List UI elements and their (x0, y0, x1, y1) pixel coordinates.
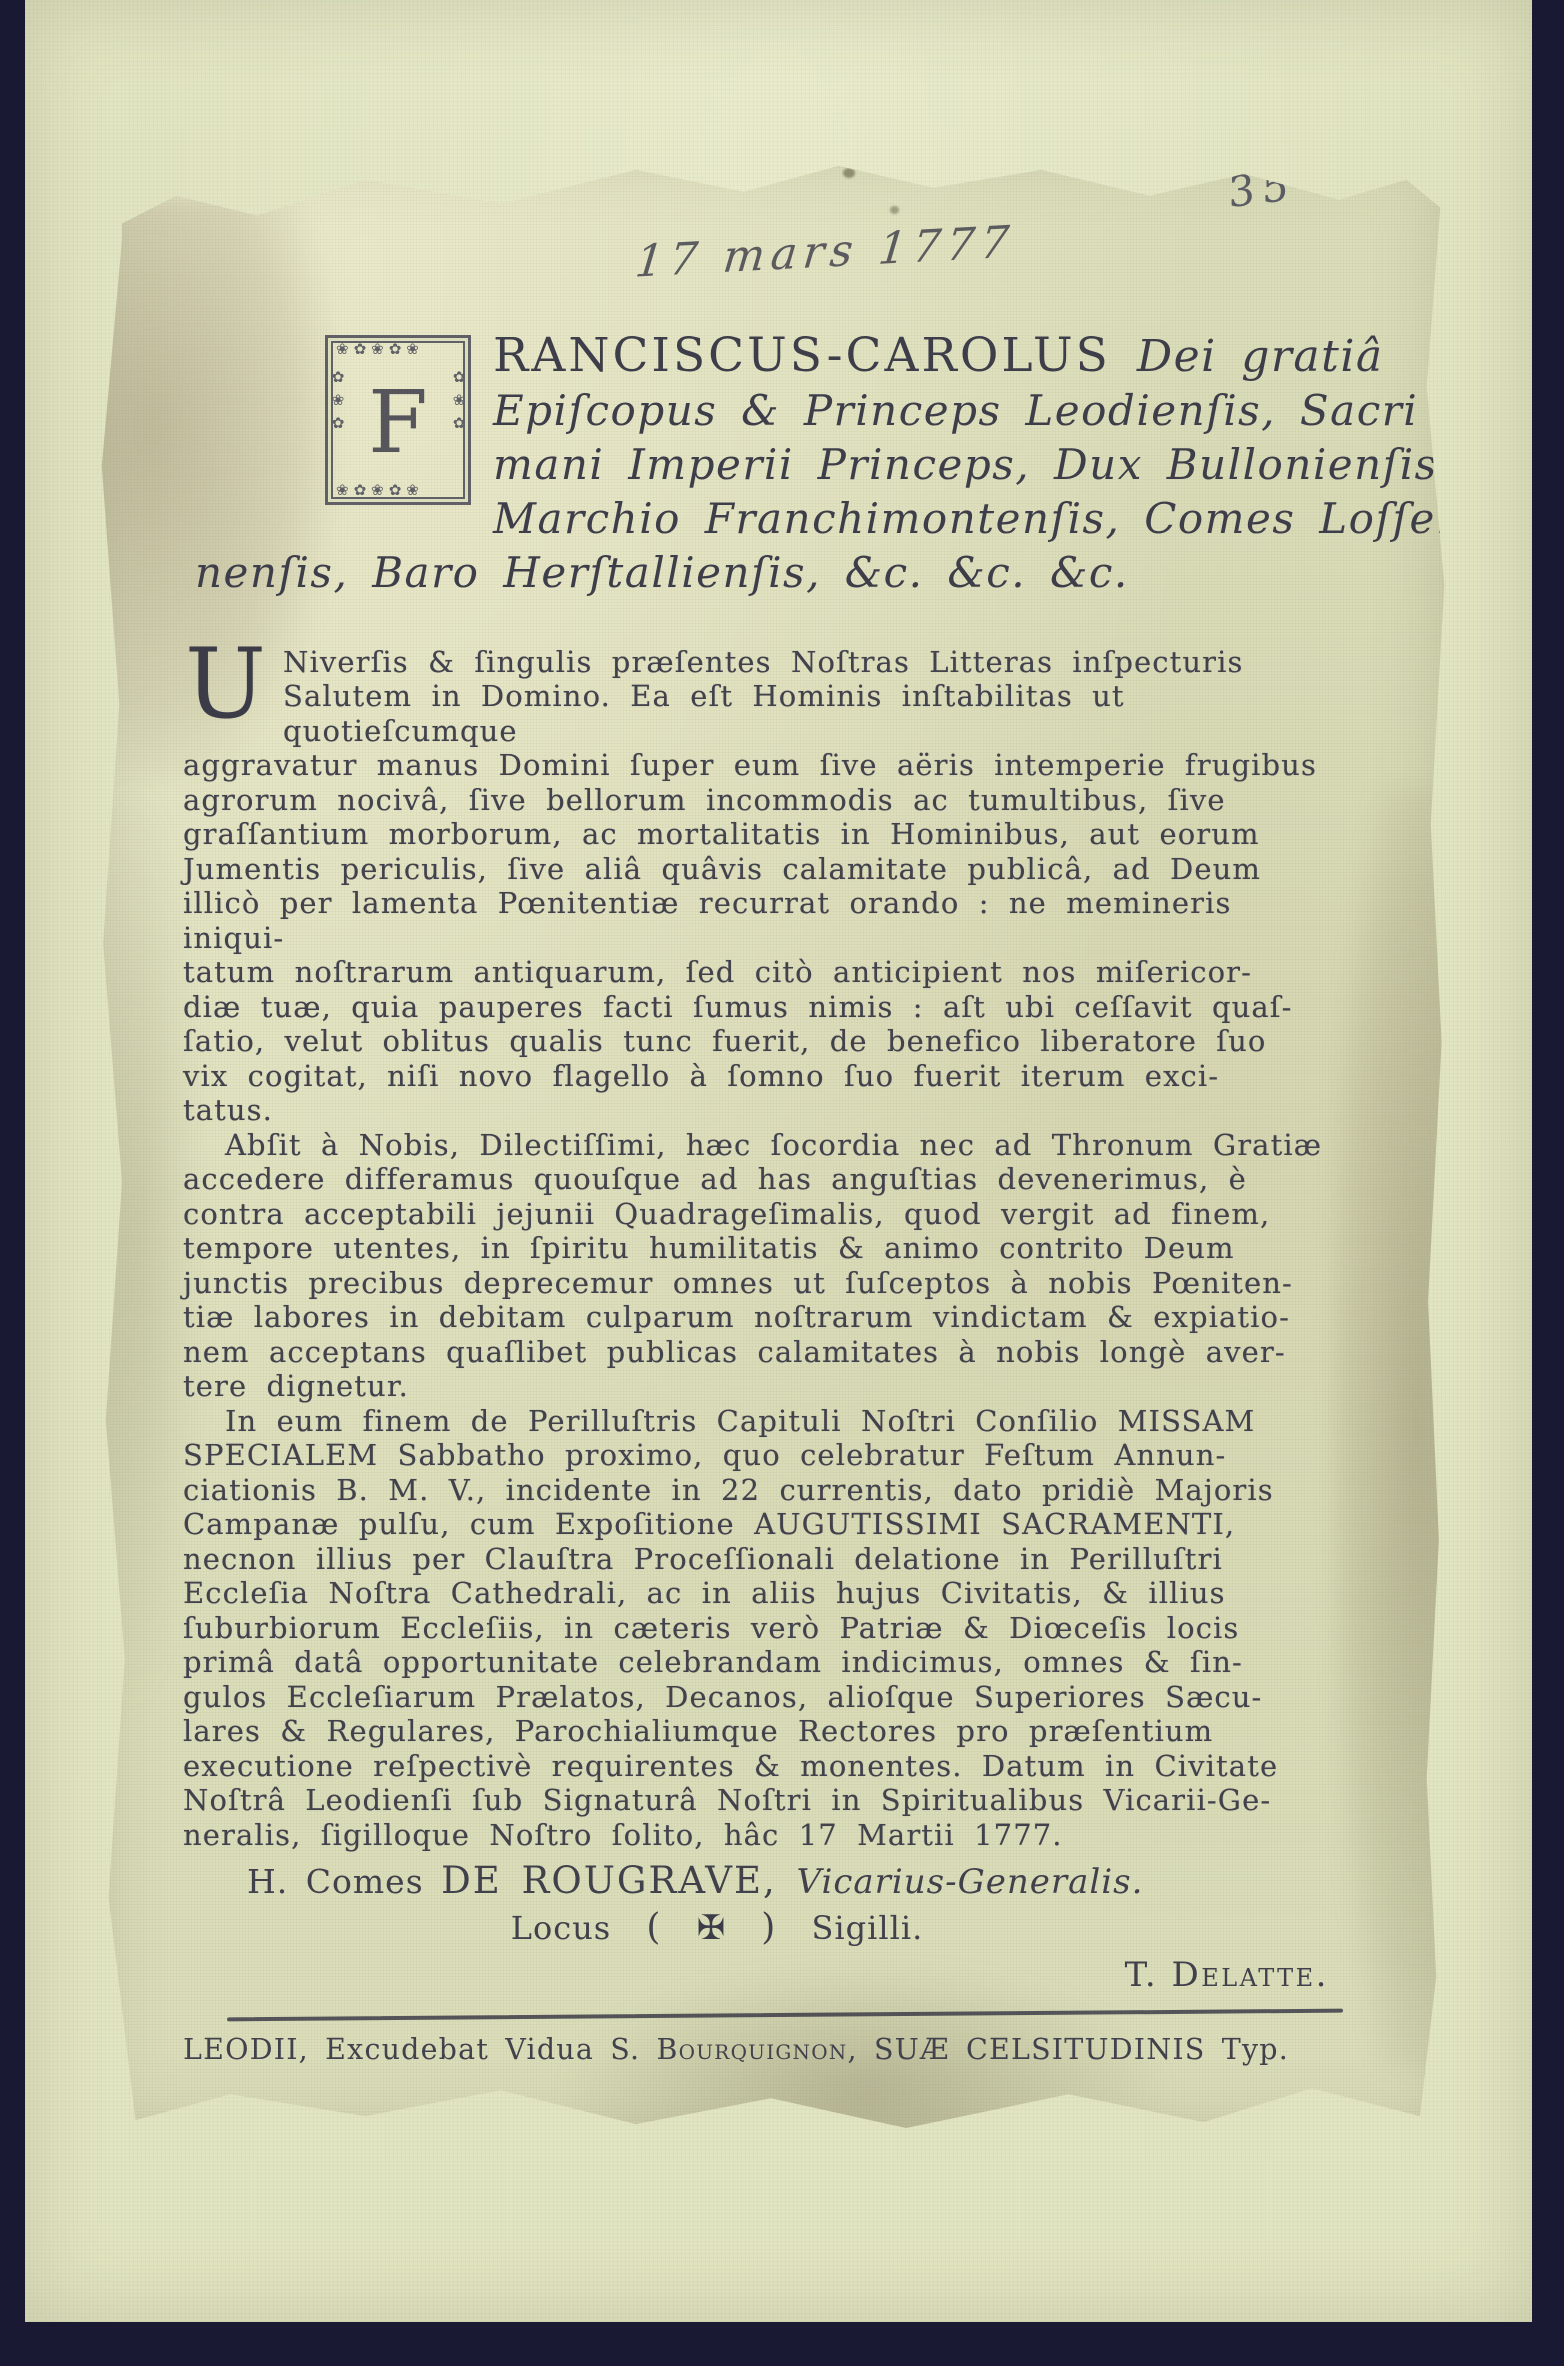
paragraph-text: Niverſis & ſingulis præſentes Noſtras Li… (183, 645, 1317, 1128)
paragraph-absit: Abſit à Nobis, Dilectiſſimi, hæc ſocordi… (183, 1128, 1343, 1404)
initial-ornament-frame: ❀✿❀✿❀ ❀✿❀✿❀ ✿❀✿ ✿❀✿ F (325, 335, 471, 505)
seal-cross-icon: ✠ (697, 1908, 727, 1948)
ornament-border-icon: ❀✿❀✿❀ (336, 342, 424, 357)
imprint-line: LEODII, Excudebat Vidua S. Bourquignon, … (183, 2033, 1343, 2066)
title-dei-gratia: Dei gratiâ (1137, 331, 1384, 382)
imprint-place: LEODII, Excudebat Vidua S. (183, 2033, 657, 2066)
countersignature: T. Delatte. (183, 1953, 1329, 1997)
signature-line: H. Comes DE ROUGRAVE, Vicarius-Generalis… (247, 1858, 1343, 1905)
handwritten-date: 17 mars 1777 (633, 199, 1345, 287)
document-page: 35 17 mars 1777 ❀✿❀✿❀ ❀✿❀✿❀ ✿❀✿ ✿❀✿ F RA… (95, 148, 1447, 2136)
title-name-caps: RANCISCUS-CAROLUS (493, 328, 1111, 383)
seal-paren-open: ( (646, 1907, 661, 1948)
signature-title: Vicarius-Generalis. (796, 1862, 1143, 1902)
ink-speck (890, 206, 899, 214)
ornament-border-icon: ❀✿❀✿❀ (336, 483, 424, 498)
paragraph-universis: UNiverſis & ſingulis præſentes Noſtras L… (183, 610, 1343, 1128)
signature-pre: H. Comes (247, 1862, 441, 1901)
imprint-rule (227, 2009, 1343, 2021)
drop-cap-initial: U (183, 645, 283, 717)
document-content: 17 mars 1777 ❀✿❀✿❀ ❀✿❀✿❀ ✿❀✿ ✿❀✿ F RANCI… (95, 218, 1447, 2066)
ink-speck (843, 168, 855, 178)
drop-cap-initial: F (368, 396, 428, 450)
seal-locus-label: Locus (511, 1909, 611, 1947)
ornament-border-icon: ✿❀✿ (451, 368, 466, 437)
imprint-printer: Bourquignon (657, 2033, 848, 2066)
seal-paren-close: ) (761, 1907, 776, 1948)
paragraph-in-eum-finem: In eum finem de Perilluſtris Capituli No… (183, 1404, 1343, 1853)
seal-sigilli-label: Sigilli. (812, 1909, 924, 1947)
photo-background: 35 17 mars 1777 ❀✿❀✿❀ ❀✿❀✿❀ ✿❀✿ ✿❀✿ F RA… (0, 0, 1564, 2366)
title-line: nenſis, Baro Herſtallienſis, &c. &c. &c. (195, 546, 1343, 600)
imprint-suffix: , SUÆ CELSITUDINIS Typ. (848, 2033, 1290, 2066)
seal-line: Locus ( ✠ ) Sigilli. (137, 1905, 1297, 1951)
title-block: ❀✿❀✿❀ ❀✿❀✿❀ ✿❀✿ ✿❀✿ F RANCISCUS-CAROLUSD… (183, 329, 1343, 600)
signature-name: DE ROUGRAVE, (441, 1859, 796, 1902)
ornament-border-icon: ✿❀✿ (330, 368, 345, 437)
